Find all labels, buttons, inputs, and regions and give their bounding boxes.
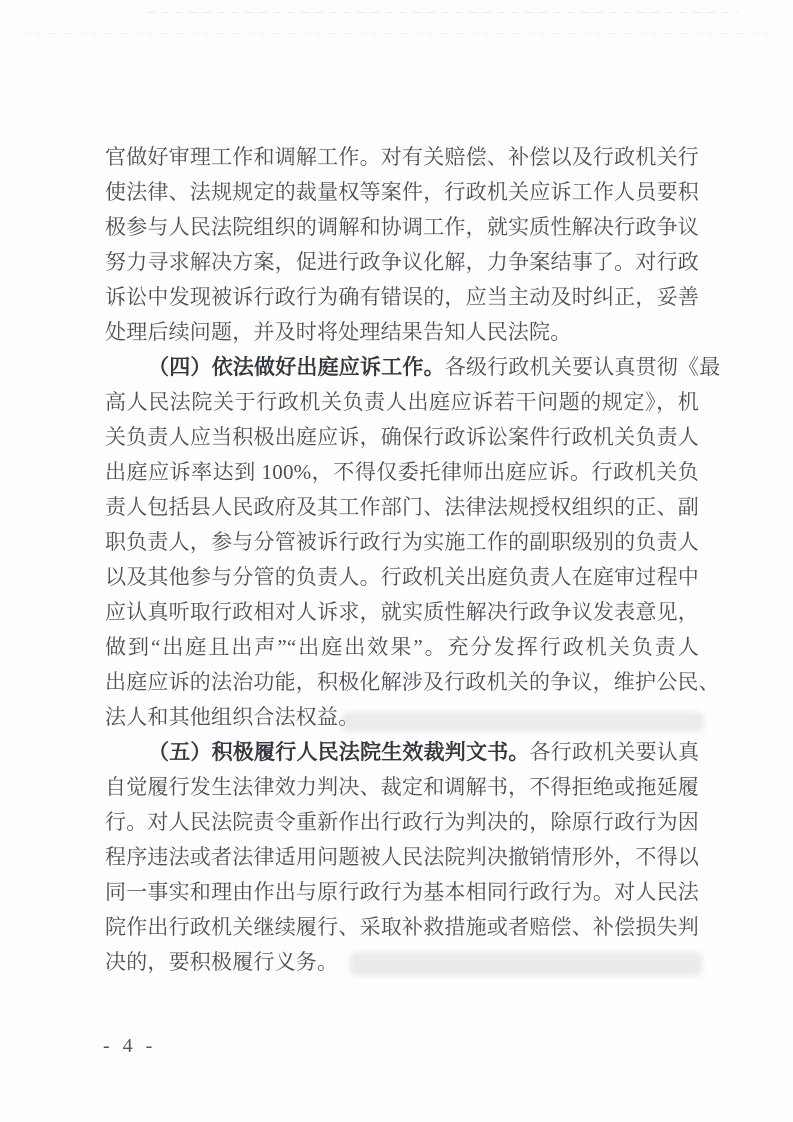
line-text: 出庭应诉的法治功能，积极化解涉及行政机关的争议，维护公民、 bbox=[105, 670, 720, 694]
text-line: 行。对人民法院责令重新作出行政行为判决的，除原行政行为因 bbox=[105, 805, 699, 840]
line-text: 责人包括县人民政府及其工作部门、法律法规授权组织的正、副 bbox=[105, 495, 699, 519]
text-line: （五）积极履行人民法院生效裁判文书。各行政机关要认真 bbox=[105, 735, 699, 770]
text-line: 诉讼中发现被诉行政行为确有错误的，应当主动及时纠正，妥善 bbox=[105, 280, 699, 315]
text-line: 职负责人，参与分管被诉行政行为实施工作的副职级别的负责人 bbox=[105, 525, 699, 560]
line-text: 处理后续问题，并及时将处理结果告知人民法院。 bbox=[105, 320, 571, 344]
line-text: 使法律、法规规定的裁量权等案件，行政机关应诉工作人员要积 bbox=[105, 180, 699, 204]
line-text: 应认真听取行政相对人诉求，就实质性解决行政争议发表意见， bbox=[105, 600, 699, 624]
text-line: 高人民法院关于行政机关负责人出庭应诉若干问题的规定》，机 bbox=[105, 385, 699, 420]
text-line: 院作出行政机关继续履行、采取补救措施或者赔偿、补偿损失判 bbox=[105, 910, 699, 945]
text-line: 官做好审理工作和调解工作。对有关赔偿、补偿以及行政机关行 bbox=[105, 140, 699, 175]
line-text: 法人和其他组织合法权益。 bbox=[105, 705, 359, 729]
line-text: 职负责人，参与分管被诉行政行为实施工作的副职级别的负责人 bbox=[105, 530, 699, 554]
text-line: 自觉履行发生法律效力判决、裁定和调解书，不得拒绝或拖延履 bbox=[105, 770, 699, 805]
text-line: 责人包括县人民政府及其工作部门、法律法规授权组织的正、副 bbox=[105, 490, 699, 525]
line-text: 努力寻求解决方案，促进行政争议化解，力争案结事了。对行政 bbox=[105, 250, 699, 274]
document-page: 官做好审理工作和调解工作。对有关赔偿、补偿以及行政机关行 使法律、法规规定的裁量… bbox=[0, 0, 793, 1122]
text-line: 以及其他参与分管的负责人。行政机关出庭负责人在庭审过程中 bbox=[105, 560, 699, 595]
line-text: 关负责人应当积极出庭应诉，确保行政诉讼案件行政机关负责人 bbox=[105, 425, 699, 449]
scan-artifact-line bbox=[22, 33, 770, 34]
scan-artifact-line bbox=[148, 12, 738, 13]
line-text: 程序违法或者法律适用问题被人民法院判决撤销情形外，不得以 bbox=[105, 845, 699, 869]
line-text: 出庭应诉率达到 100%，不得仅委托律师出庭应诉。行政机关负 bbox=[105, 460, 699, 484]
document-body: 官做好审理工作和调解工作。对有关赔偿、补偿以及行政机关行 使法律、法规规定的裁量… bbox=[105, 140, 699, 980]
text-line: 出庭应诉率达到 100%，不得仅委托律师出庭应诉。行政机关负 bbox=[105, 455, 699, 490]
page-number: - 4 - bbox=[103, 1031, 156, 1061]
text-line: 同一事实和理由作出与原行政行为基本相同行政行为。对人民法 bbox=[105, 875, 699, 910]
text-line: 做到“出庭且出声”“出庭出效果”。充分发挥行政机关负责人 bbox=[105, 630, 699, 665]
line-text: 各级行政机关要认真贯彻《最 bbox=[445, 355, 721, 379]
line-text: 同一事实和理由作出与原行政行为基本相同行政行为。对人民法 bbox=[105, 880, 699, 904]
text-line: 处理后续问题，并及时将处理结果告知人民法院。 bbox=[105, 315, 699, 350]
text-line: 程序违法或者法律适用问题被人民法院判决撤销情形外，不得以 bbox=[105, 840, 699, 875]
text-line: 极参与人民法院组织的调解和协调工作，就实质性解决行政争议 bbox=[105, 210, 699, 245]
text-line: 出庭应诉的法治功能，积极化解涉及行政机关的争议，维护公民、 bbox=[105, 665, 699, 700]
text-line: 关负责人应当积极出庭应诉，确保行政诉讼案件行政机关负责人 bbox=[105, 420, 699, 455]
line-text: 行。对人民法院责令重新作出行政行为判决的，除原行政行为因 bbox=[105, 810, 699, 834]
line-text: 做到“出庭且出声”“出庭出效果”。充分发挥行政机关负责人 bbox=[105, 635, 699, 659]
scan-bleed-artifact bbox=[342, 712, 704, 732]
section-5-heading: （五）积极履行人民法院生效裁判文书。 bbox=[148, 740, 530, 764]
line-text: 自觉履行发生法律效力判决、裁定和调解书，不得拒绝或拖延履 bbox=[105, 775, 699, 799]
text-line: 使法律、法规规定的裁量权等案件，行政机关应诉工作人员要积 bbox=[105, 175, 699, 210]
line-text: 各行政机关要认真 bbox=[530, 740, 700, 764]
line-text: 院作出行政机关继续履行、采取补救措施或者赔偿、补偿损失判 bbox=[105, 915, 699, 939]
line-text: 官做好审理工作和调解工作。对有关赔偿、补偿以及行政机关行 bbox=[105, 145, 699, 169]
text-line: （四）依法做好出庭应诉工作。各级行政机关要认真贯彻《最 bbox=[105, 350, 699, 385]
line-text: 高人民法院关于行政机关负责人出庭应诉若干问题的规定》，机 bbox=[105, 390, 699, 414]
text-line: 应认真听取行政相对人诉求，就实质性解决行政争议发表意见， bbox=[105, 595, 699, 630]
line-text: 决的，要积极履行义务。 bbox=[105, 950, 338, 974]
scan-bleed-artifact bbox=[350, 952, 702, 976]
line-text: 极参与人民法院组织的调解和协调工作，就实质性解决行政争议 bbox=[105, 215, 699, 239]
line-text: 以及其他参与分管的负责人。行政机关出庭负责人在庭审过程中 bbox=[105, 565, 699, 589]
line-text: 诉讼中发现被诉行政行为确有错误的，应当主动及时纠正，妥善 bbox=[105, 285, 699, 309]
text-line: 努力寻求解决方案，促进行政争议化解，力争案结事了。对行政 bbox=[105, 245, 699, 280]
section-4-heading: （四）依法做好出庭应诉工作。 bbox=[148, 355, 445, 379]
